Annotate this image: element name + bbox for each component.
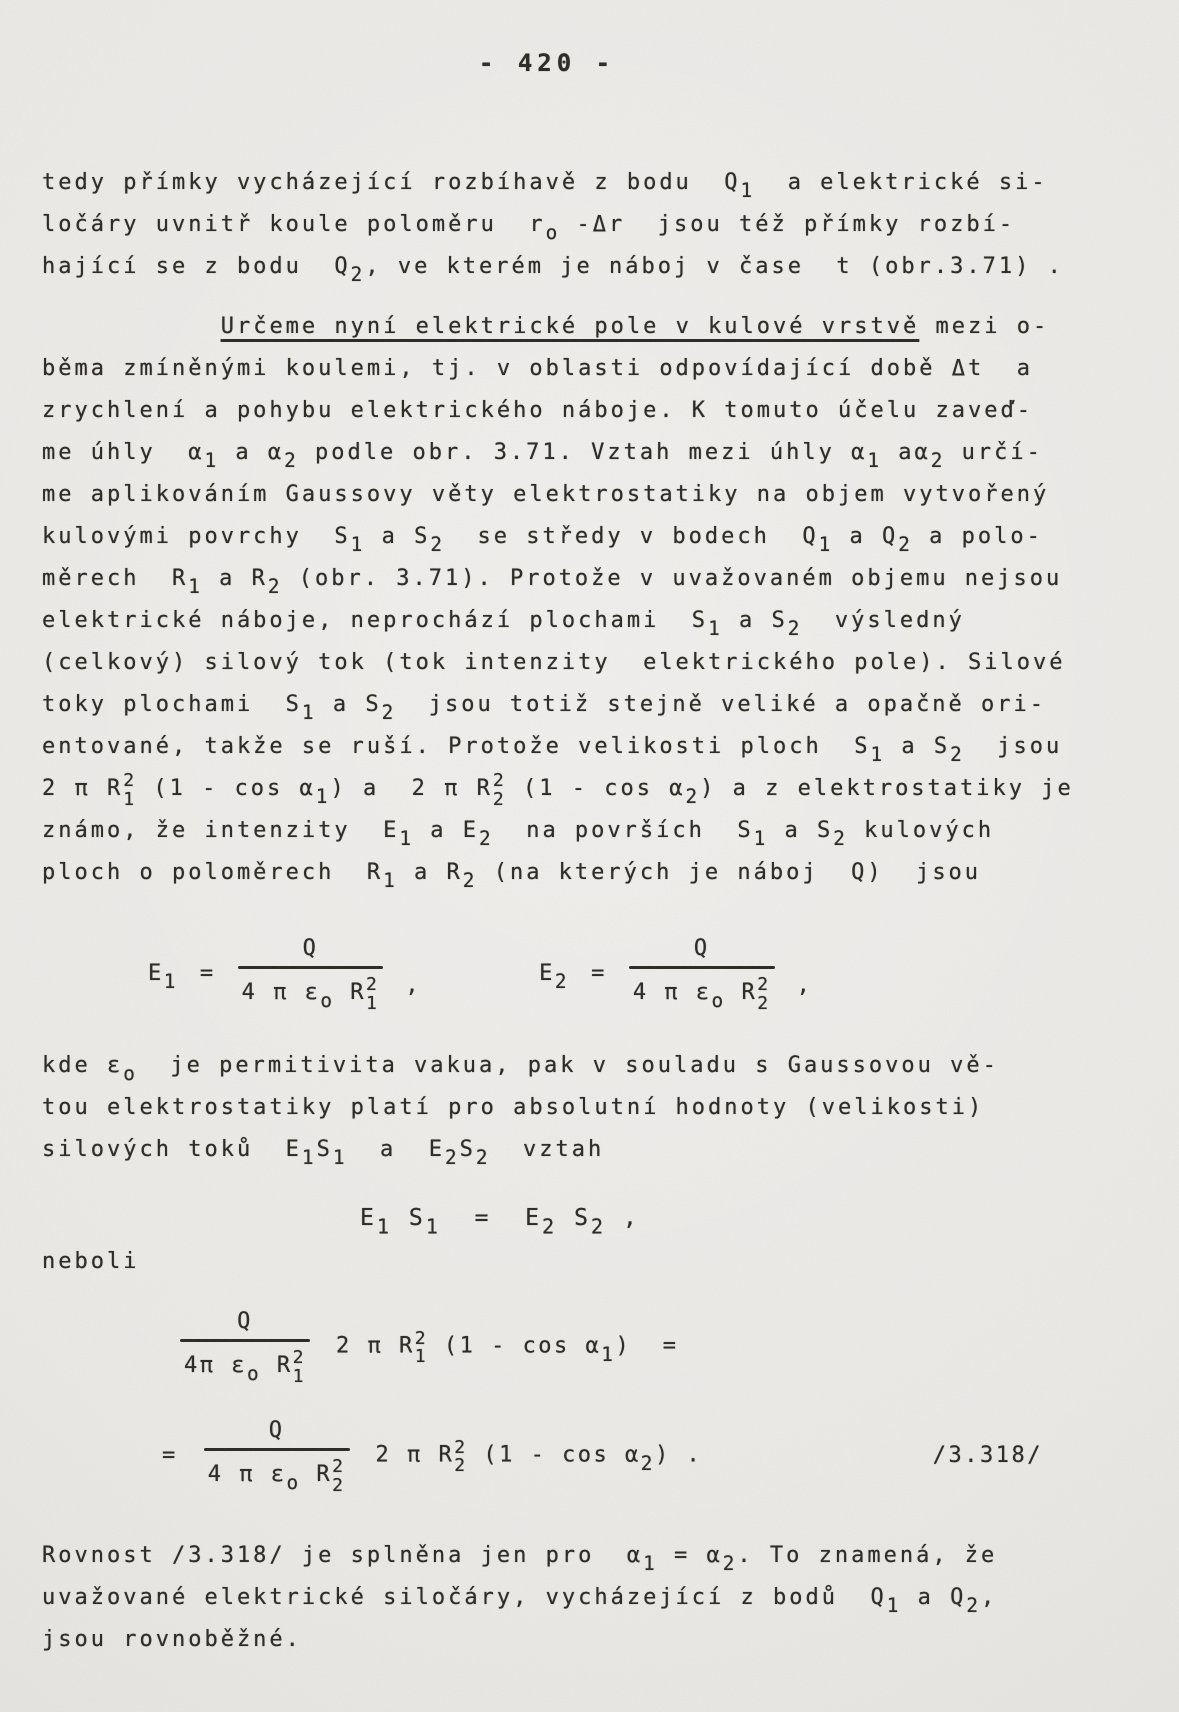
- fraction: Q 4 π εo R22: [629, 934, 775, 1013]
- text-line: elektrické náboje, neprochází plochami S…: [42, 600, 1139, 642]
- fraction-denominator: 4π εo R21: [180, 1346, 310, 1386]
- text-line: tou elektrostatiky platí pro absolutní h…: [42, 1087, 1139, 1129]
- paragraph-conclusion: Rovnost /3.318/ je splněna jen pro α1 = …: [42, 1535, 1139, 1661]
- text-line: kulovými povrchy S1 a S2 se středy v bod…: [42, 516, 1139, 558]
- text-line: Rovnost /3.318/ je splněna jen pro α1 = …: [42, 1535, 1139, 1577]
- equation-field-intensities: E1 = Q 4 π εo R21 , E2 = Q 4 π εo R22 ,: [42, 934, 1139, 1013]
- leading-equals: =: [162, 1443, 178, 1468]
- text-line: (celkový) silový tok (tok intenzity elek…: [42, 642, 1139, 684]
- text-line: běma zmíněnými koulemi, tj. v oblasti od…: [42, 348, 1139, 390]
- equals-sign: =: [200, 961, 216, 986]
- equation-flux-equality: E1 S1 = E2 S2 ,: [42, 1195, 1139, 1241]
- paragraph-gauss-analysis: Určeme nyní elektrické pole v kulové vrs…: [42, 306, 1139, 894]
- fraction: Q 4π εo R21: [180, 1307, 310, 1386]
- text-line: zrychlení a pohybu elektrického náboje. …: [42, 390, 1139, 432]
- text-line: 2 π R21 (1 - cos α1) a 2 π R22 (1 - cos …: [42, 768, 1139, 810]
- scanned-textbook-page: - 420 - tedy přímky vycházející rozbíhav…: [0, 0, 1179, 1712]
- equation-lhs: E1: [148, 961, 178, 986]
- text-line: toky plochami S1 a S2 jsou totiž stejně …: [42, 684, 1139, 726]
- text-line: me úhly α1 a α2 podle obr. 3.71. Vztah m…: [42, 432, 1139, 474]
- text-line: kde εo je permitivita vakua, pak v soula…: [42, 1045, 1139, 1087]
- fraction-bar: [204, 1448, 350, 1451]
- fraction-numerator: Q: [261, 1416, 293, 1446]
- text-line: silových toků E1S1 a E2S2 vztah: [42, 1129, 1139, 1171]
- text-line: hající se z bodu Q2, ve kterém je náboj …: [42, 246, 1139, 288]
- equation-3318-line2: = Q 4 π εo R22 2 π R22 (1 - cos α2) . /3…: [42, 1416, 1139, 1495]
- fraction-denominator: 4 π εo R22: [629, 973, 775, 1013]
- text-line: uvažované elektrické siločáry, vycházejí…: [42, 1577, 1139, 1619]
- equation-lhs: E2: [539, 961, 569, 986]
- text-line: měrech R1 a R2 (obr. 3.71). Protože v uv…: [42, 558, 1139, 600]
- fraction-bar: [238, 966, 384, 969]
- trailing-comma: ,: [797, 973, 813, 998]
- fraction-numerator: Q: [686, 934, 718, 964]
- equation-E2: E2 = Q 4 π εo R22 ,: [539, 934, 812, 1013]
- equation-E1: E1 = Q 4 π εo R21 ,: [148, 934, 421, 1013]
- paragraph-permittivity: kde εo je permitivita vakua, pak v soula…: [42, 1045, 1139, 1171]
- text-line: známo, že intenzity E1 a E2 na površích …: [42, 810, 1139, 852]
- text-line: ploch o poloměrech R1 a R2 (na kterých j…: [42, 852, 1139, 894]
- equation-3318-line1: Q 4π εo R21 2 π R21 (1 - cos α1) =: [42, 1307, 1139, 1386]
- equation-number-label: /3.318/: [933, 1443, 1043, 1468]
- fraction-bar: [629, 966, 775, 969]
- fraction-denominator: 4 π εo R22: [204, 1455, 350, 1495]
- text-line: entované, takže se ruší. Protože velikos…: [42, 726, 1139, 768]
- text-line: Určeme nyní elektrické pole v kulové vrs…: [42, 306, 1139, 348]
- page-number: - 420 -: [42, 0, 1052, 78]
- text-line: ločáry uvnitř koule poloměru ro -Δr jsou…: [42, 204, 1139, 246]
- fraction: Q 4 π εo R21: [238, 934, 384, 1013]
- fraction-numerator: Q: [229, 1307, 261, 1337]
- equation-rhs: 2 π R22 (1 - cos α2) .: [376, 1438, 703, 1473]
- page-content: - 420 - tedy přímky vycházející rozbíhav…: [0, 0, 1179, 1661]
- equation-rhs: 2 π R21 (1 - cos α1) =: [336, 1329, 678, 1364]
- text-line: tedy přímky vycházející rozbíhavě z bodu…: [42, 162, 1139, 204]
- fraction-bar: [180, 1339, 310, 1342]
- paragraph-field-lines-intro: tedy přímky vycházející rozbíhavě z bodu…: [42, 162, 1139, 288]
- fraction: Q 4 π εo R22: [204, 1416, 350, 1495]
- trailing-comma: ,: [405, 973, 421, 998]
- equals-sign: =: [591, 961, 607, 986]
- fraction-numerator: Q: [295, 934, 327, 964]
- fraction-denominator: 4 π εo R21: [238, 973, 384, 1013]
